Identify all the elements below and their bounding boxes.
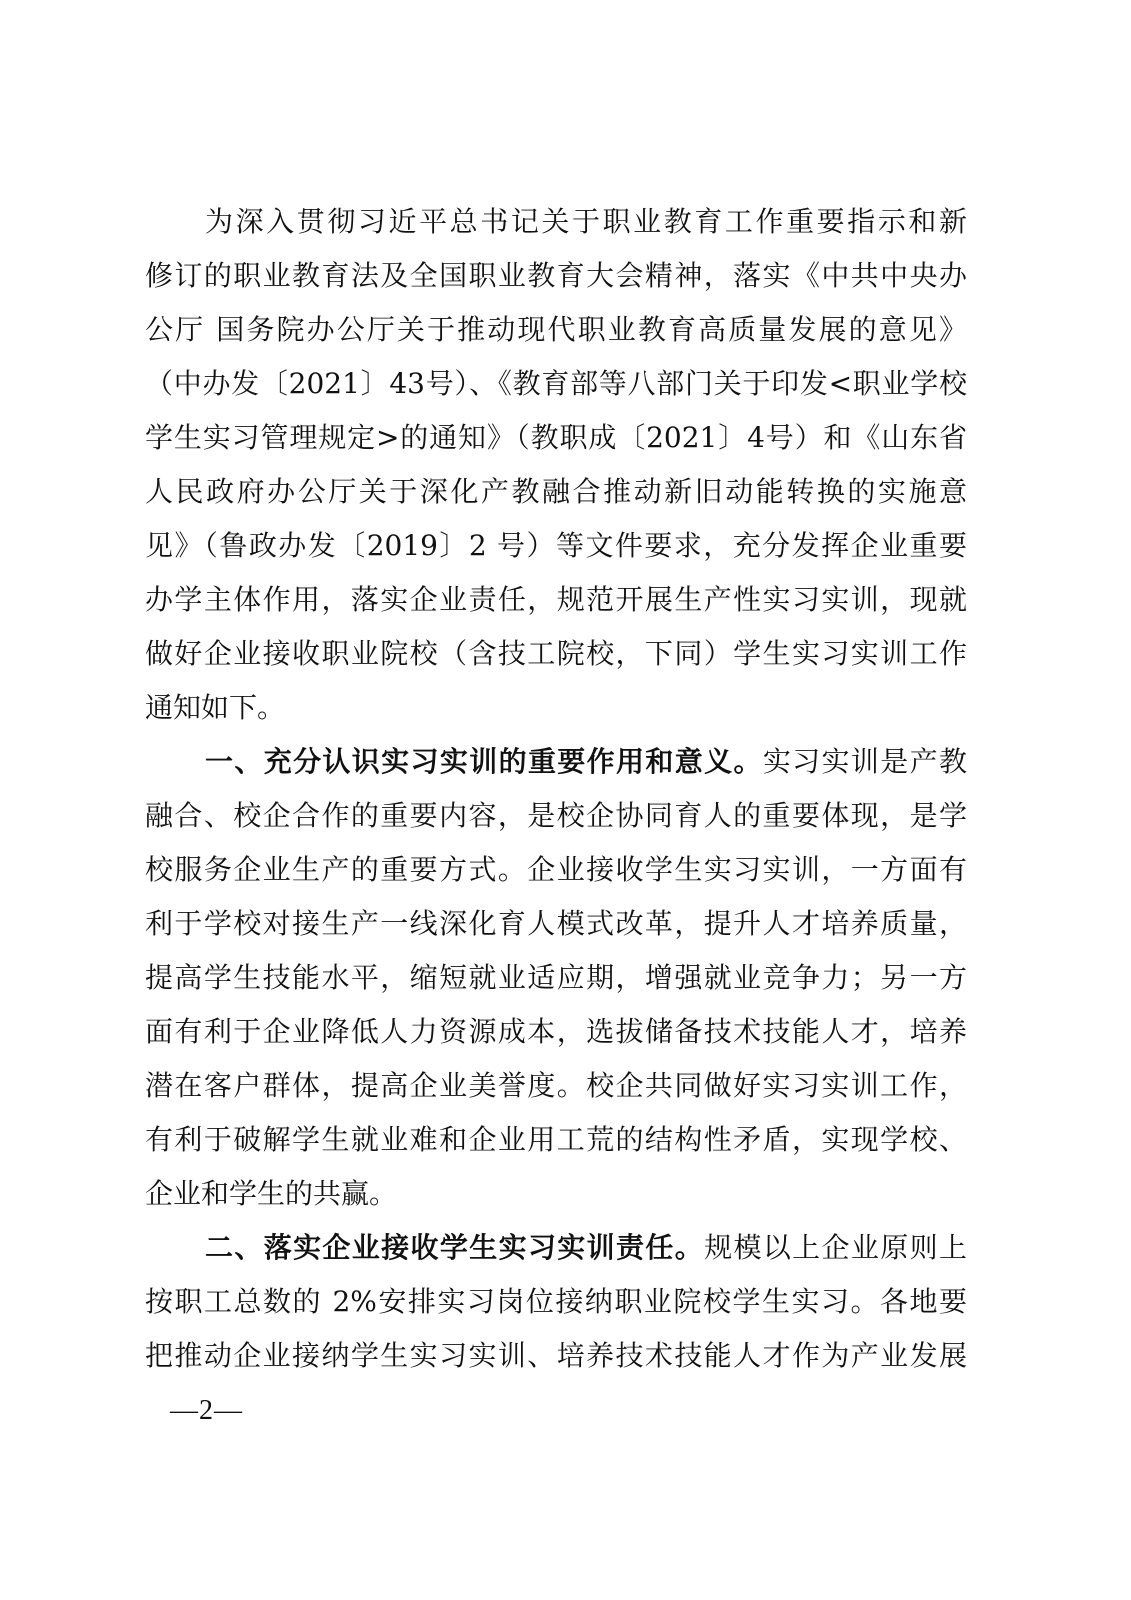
- text-line: 把推动企业接纳学生实习实训、培养技术技能人才作为产业发展: [145, 1333, 967, 1387]
- text-line: （中办发〔2021〕43号）、《教育部等八部门关于印发<职业学校: [145, 361, 967, 415]
- text-line: 办学主体作用，落实企业责任，规范开展生产性实习实训，现就: [145, 577, 967, 631]
- text-line: 公厅 国务院办公厅关于推动现代职业教育高质量发展的意见》: [145, 307, 967, 361]
- text-line: 面有利于企业降低人力资源成本，选拔储备技术技能人才，培养: [145, 1009, 967, 1063]
- text-line: 人民政府办公厅关于深化产教融合推动新旧动能转换的实施意: [145, 469, 967, 523]
- text-line: 学生实习管理规定>的通知》（教职成〔2021〕4号）和《山东省: [145, 415, 967, 469]
- document-page: 为深入贯彻习近平总书记关于职业教育工作重要指示和新 修订的职业教育法及全国职业教…: [0, 0, 1131, 1600]
- text-line: 利于学校对接生产一线深化育人模式改革，提升人才培养质量，: [145, 901, 967, 955]
- section-first-line: 一、充分认识实习实训的重要作用和意义。实习实训是产教: [145, 739, 967, 793]
- text-line: 校服务企业生产的重要方式。企业接收学生实习实训，一方面有: [145, 847, 967, 901]
- text-line: 有利于破解学生就业难和企业用工荒的结构性矛盾，实现学校、: [145, 1117, 967, 1171]
- text-line: 见》（鲁政办发〔2019〕2 号）等文件要求，充分发挥企业重要: [145, 523, 967, 577]
- text-line: 企业和学生的共赢。: [145, 1171, 967, 1225]
- section-text: 实习实训是产教: [763, 745, 967, 778]
- text-line: 提高学生技能水平，缩短就业适应期，增强就业竞争力；另一方: [145, 955, 967, 1009]
- text-line: 做好企业接收职业院校（含技工院校，下同）学生实习实训工作: [145, 631, 967, 685]
- text-line: 融合、校企合作的重要内容，是校企协同育人的重要体现，是学: [145, 793, 967, 847]
- text-line: 潜在客户群体，提高企业美誉度。校企共同做好实习实训工作，: [145, 1063, 967, 1117]
- text-line: 通知如下。: [145, 685, 967, 739]
- text-line: 修订的职业教育法及全国职业教育大会精神，落实《中共中央办: [145, 253, 967, 307]
- paragraph-intro: 为深入贯彻习近平总书记关于职业教育工作重要指示和新 修订的职业教育法及全国职业教…: [145, 199, 967, 739]
- document-body: 为深入贯彻习近平总书记关于职业教育工作重要指示和新 修订的职业教育法及全国职业教…: [145, 199, 967, 1387]
- section-first-line: 二、落实企业接收学生实习实训责任。规模以上企业原则上: [145, 1225, 967, 1279]
- page-number: —2—: [170, 1395, 243, 1427]
- text-line: 为深入贯彻习近平总书记关于职业教育工作重要指示和新: [145, 199, 967, 253]
- paragraph-section-1: 一、充分认识实习实训的重要作用和意义。实习实训是产教 融合、校企合作的重要内容，…: [145, 739, 967, 1225]
- text-line: 按职工总数的 2%安排实习岗位接纳职业院校学生实习。各地要: [145, 1279, 967, 1333]
- section-heading: 二、落实企业接收学生实习实训责任。: [205, 1231, 704, 1264]
- section-heading: 一、充分认识实习实训的重要作用和意义。: [205, 745, 763, 778]
- paragraph-section-2: 二、落实企业接收学生实习实训责任。规模以上企业原则上 按职工总数的 2%安排实习…: [145, 1225, 967, 1387]
- section-text: 规模以上企业原则上: [704, 1231, 967, 1264]
